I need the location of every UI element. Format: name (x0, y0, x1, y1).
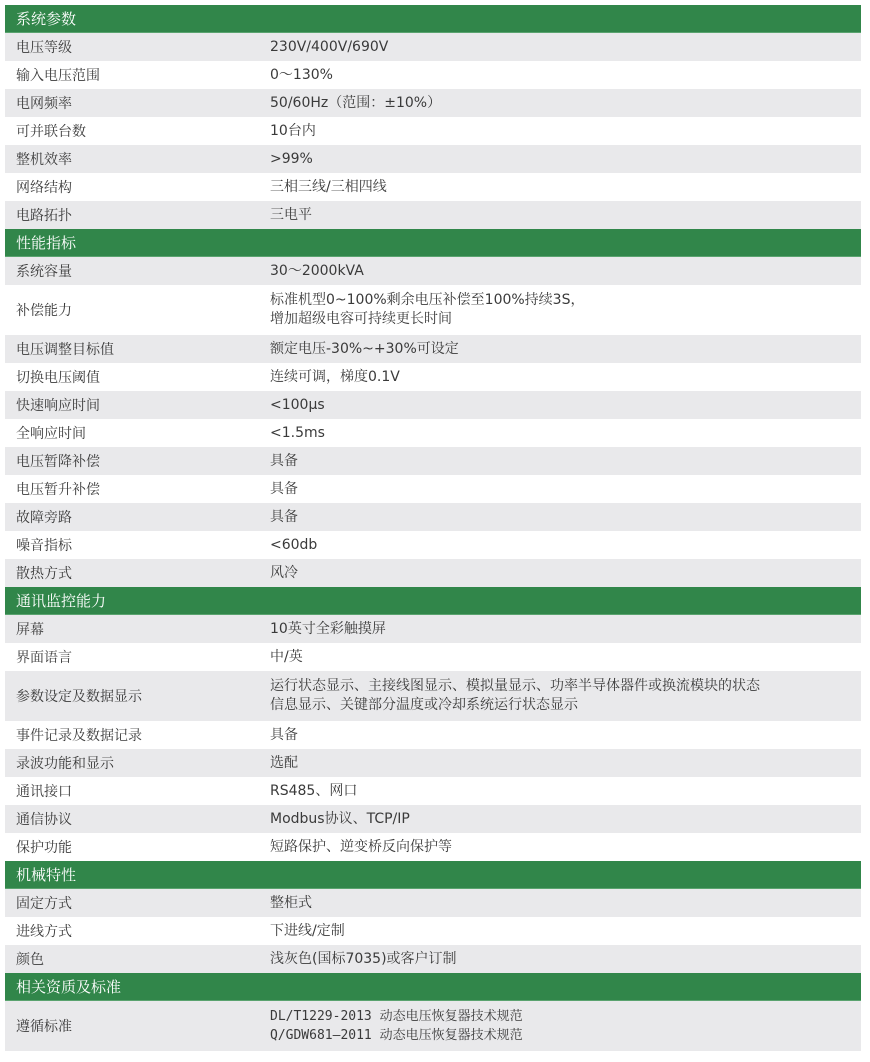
row-value-line: DL/T1229-2013 动态电压恢复器技术规范 (270, 1007, 861, 1026)
row-value: 短路保护、逆变桥反向保护等 (257, 838, 861, 857)
section-header-mechanical: 机械特性 (5, 861, 861, 889)
row-value: 具备 (257, 508, 861, 527)
table-row: 系统容量 30～2000kVA (5, 257, 861, 285)
table-row: 电网频率 50/60Hz（范围：±10%） (5, 89, 861, 117)
row-label: 通讯接口 (5, 781, 257, 801)
row-label: 输入电压范围 (5, 65, 257, 85)
table-row: 电压暂升补偿 具备 (5, 475, 861, 503)
row-value: <1.5ms (257, 424, 861, 443)
row-value-line: Q/GDW681—2011 动态电压恢复器技术规范 (270, 1026, 861, 1045)
row-label: 噪音指标 (5, 535, 257, 555)
row-label: 切换电压阈值 (5, 367, 257, 387)
row-label: 整机效率 (5, 149, 257, 169)
table-row: 通信协议 Modbus协议、TCP/IP (5, 805, 861, 833)
section-header-system-params: 系统参数 (5, 5, 861, 33)
row-label: 屏幕 (5, 619, 257, 639)
row-value: <100μs (257, 396, 861, 415)
row-label: 界面语言 (5, 647, 257, 667)
row-value: DL/T1229-2013 动态电压恢复器技术规范 Q/GDW681—2011 … (257, 1007, 861, 1045)
table-row: 通讯接口 RS485、网口 (5, 777, 861, 805)
table-row: 界面语言 中/英 (5, 643, 861, 671)
row-value: 运行状态显示、主接线图显示、模拟量显示、功率半导体器件或换流模块的状态 信息显示… (257, 677, 861, 715)
table-row: 参数设定及数据显示 运行状态显示、主接线图显示、模拟量显示、功率半导体器件或换流… (5, 671, 861, 721)
row-label: 电压调整目标值 (5, 339, 257, 359)
table-row: 快速响应时间 <100μs (5, 391, 861, 419)
row-value: 10台内 (257, 122, 861, 141)
row-value: 230V/400V/690V (257, 38, 861, 57)
row-value: 标准机型0~100%剩余电压补偿至100%持续3S， 增加超级电容可持续更长时间 (257, 291, 861, 329)
row-label: 补偿能力 (5, 300, 257, 320)
row-value: 10英寸全彩触摸屏 (257, 620, 861, 639)
section-header-standards: 相关资质及标准 (5, 973, 861, 1001)
row-value: 选配 (257, 754, 861, 773)
table-row: 电路拓扑 三电平 (5, 201, 861, 229)
row-value: 三电平 (257, 206, 861, 225)
table-row: 固定方式 整柜式 (5, 889, 861, 917)
row-label: 颜色 (5, 949, 257, 969)
row-label: 网络结构 (5, 177, 257, 197)
row-value: 浅灰色(国标7035)或客户订制 (257, 950, 861, 969)
row-label: 录波功能和显示 (5, 753, 257, 773)
row-label: 电压暂降补偿 (5, 451, 257, 471)
table-row: 电压调整目标值 额定电压-30%~+30%可设定 (5, 335, 861, 363)
table-row: 颜色 浅灰色(国标7035)或客户订制 (5, 945, 861, 973)
table-row: 噪音指标 <60db (5, 531, 861, 559)
table-row: 录波功能和显示 选配 (5, 749, 861, 777)
table-row: 电压暂降补偿 具备 (5, 447, 861, 475)
row-value-line: 信息显示、关键部分温度或冷却系统运行状态显示 (270, 696, 861, 715)
table-row: 电压等级 230V/400V/690V (5, 33, 861, 61)
row-value: 风冷 (257, 564, 861, 583)
row-value: 50/60Hz（范围：±10%） (257, 94, 861, 113)
row-value: 整柜式 (257, 894, 861, 913)
row-value: 具备 (257, 726, 861, 745)
table-row: 切换电压阈值 连续可调，梯度0.1V (5, 363, 861, 391)
row-label: 散热方式 (5, 563, 257, 583)
row-label: 系统容量 (5, 261, 257, 281)
row-value-line: 增加超级电容可持续更长时间 (270, 310, 861, 329)
row-value: 30～2000kVA (257, 262, 861, 281)
row-label: 电压暂升补偿 (5, 479, 257, 499)
section-header-communication: 通讯监控能力 (5, 587, 861, 615)
row-label: 进线方式 (5, 921, 257, 941)
table-row: 散热方式 风冷 (5, 559, 861, 587)
row-label: 电压等级 (5, 37, 257, 57)
section-header-performance: 性能指标 (5, 229, 861, 257)
table-row: 补偿能力 标准机型0~100%剩余电压补偿至100%持续3S， 增加超级电容可持… (5, 285, 861, 335)
row-value: 具备 (257, 480, 861, 499)
table-row: 输入电压范围 0～130% (5, 61, 861, 89)
table-row: 屏幕 10英寸全彩触摸屏 (5, 615, 861, 643)
row-label: 故障旁路 (5, 507, 257, 527)
row-value: 0～130% (257, 66, 861, 85)
row-value: 中/英 (257, 648, 861, 667)
row-label: 全响应时间 (5, 423, 257, 443)
row-label: 参数设定及数据显示 (5, 686, 257, 706)
row-value: 三相三线/三相四线 (257, 178, 861, 197)
row-value: Modbus协议、TCP/IP (257, 810, 861, 829)
table-row: 故障旁路 具备 (5, 503, 861, 531)
table-row: 遵循标准 DL/T1229-2013 动态电压恢复器技术规范 Q/GDW681—… (5, 1001, 861, 1051)
row-label: 事件记录及数据记录 (5, 725, 257, 745)
row-value: 额定电压-30%~+30%可设定 (257, 340, 861, 359)
table-row: 可并联台数 10台内 (5, 117, 861, 145)
row-label: 电路拓扑 (5, 205, 257, 225)
row-label: 可并联台数 (5, 121, 257, 141)
table-row: 全响应时间 <1.5ms (5, 419, 861, 447)
row-value: 连续可调，梯度0.1V (257, 368, 861, 387)
row-value: >99% (257, 150, 861, 169)
row-label: 固定方式 (5, 893, 257, 913)
row-label: 保护功能 (5, 837, 257, 857)
table-row: 保护功能 短路保护、逆变桥反向保护等 (5, 833, 861, 861)
table-row: 整机效率 >99% (5, 145, 861, 173)
table-row: 事件记录及数据记录 具备 (5, 721, 861, 749)
row-label: 快速响应时间 (5, 395, 257, 415)
table-row: 进线方式 下进线/定制 (5, 917, 861, 945)
row-label: 通信协议 (5, 809, 257, 829)
row-value: RS485、网口 (257, 782, 861, 801)
row-value-line: 标准机型0~100%剩余电压补偿至100%持续3S， (270, 291, 861, 310)
spec-table: 系统参数 电压等级 230V/400V/690V 输入电压范围 0～130% 电… (5, 5, 861, 1051)
table-row: 网络结构 三相三线/三相四线 (5, 173, 861, 201)
row-value-line: 运行状态显示、主接线图显示、模拟量显示、功率半导体器件或换流模块的状态 (270, 677, 861, 696)
row-label: 遵循标准 (5, 1016, 257, 1036)
row-value: 具备 (257, 452, 861, 471)
row-label: 电网频率 (5, 93, 257, 113)
row-value: 下进线/定制 (257, 922, 861, 941)
row-value: <60db (257, 536, 861, 555)
